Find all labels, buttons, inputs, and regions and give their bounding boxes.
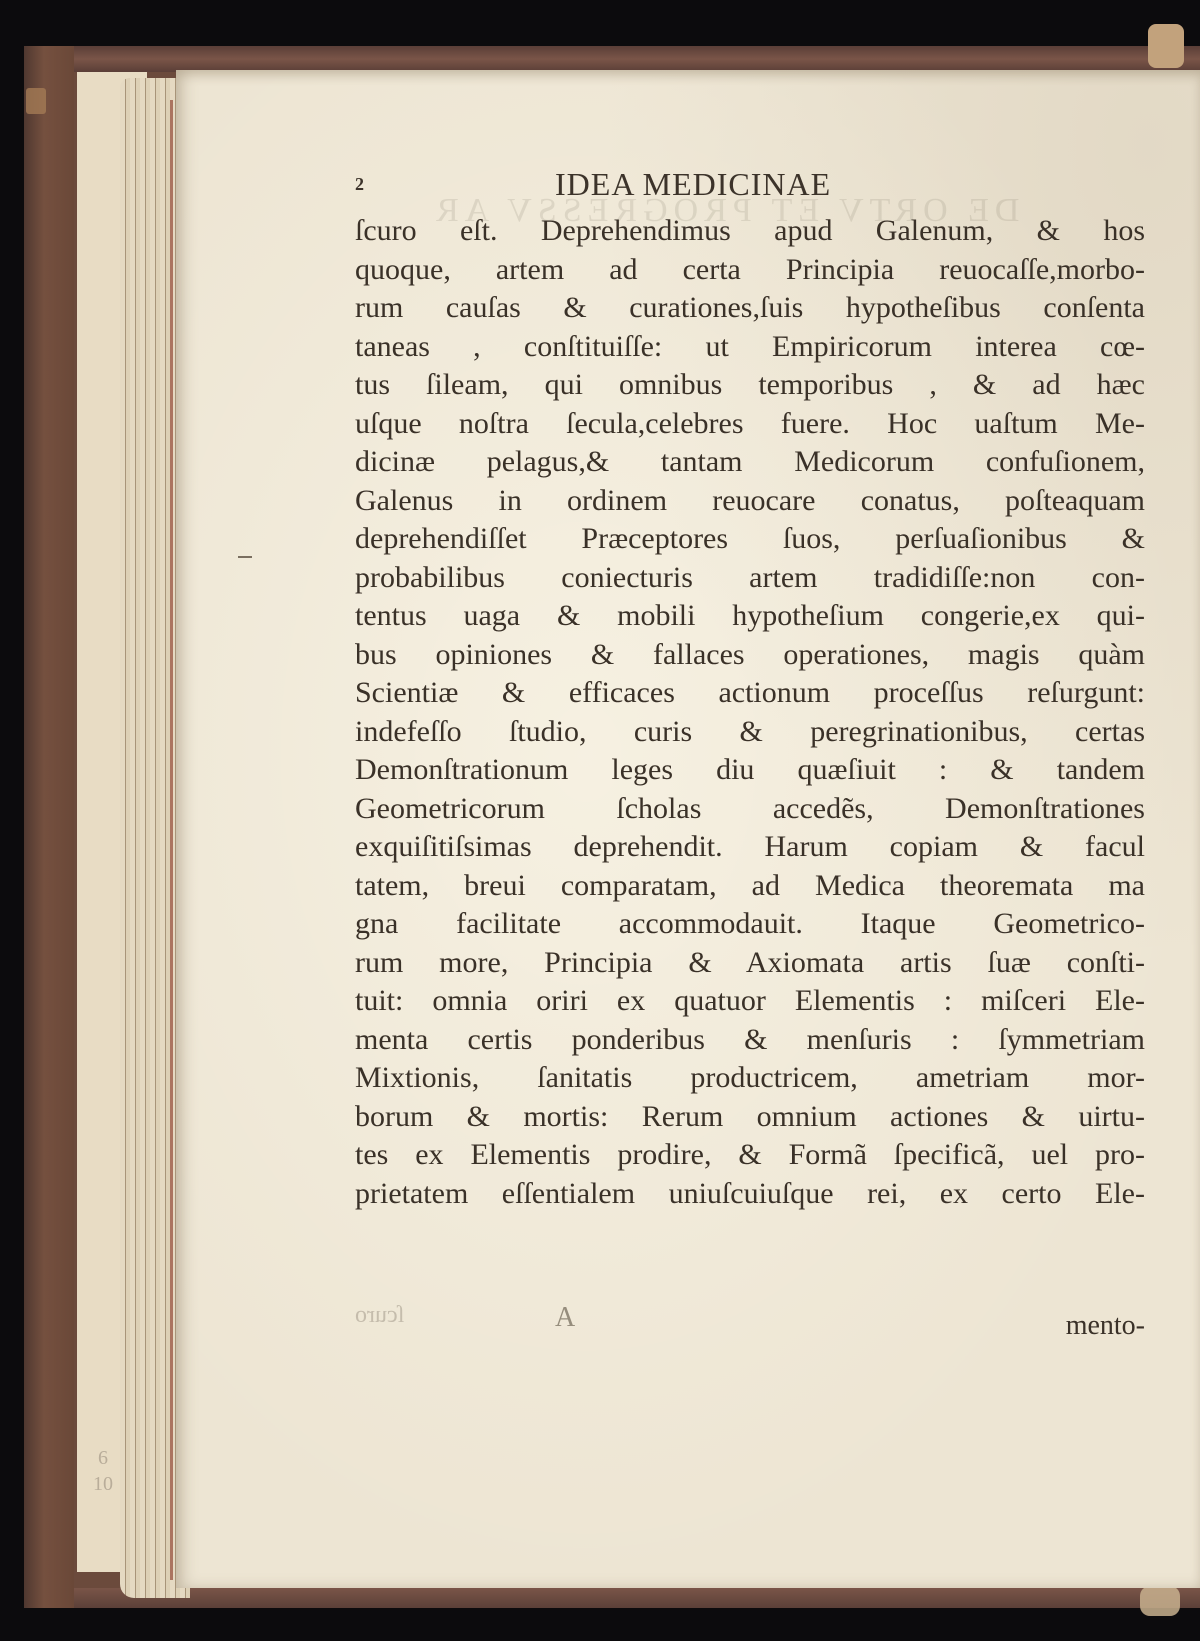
margin-mark	[238, 556, 252, 558]
binding-spine-edge	[24, 46, 74, 1608]
text-line: Scientiæ & efficaces actionum proceſſus …	[355, 674, 1145, 713]
text-line: tatem, breui comparatam, ad Medica theor…	[355, 867, 1145, 906]
text-line: Galenus in ordinem reuocare conatus, poſ…	[355, 482, 1145, 521]
binding-bottom-edge	[24, 1588, 1200, 1608]
text-line: tentus uaga & mobili hypotheſium congeri…	[355, 597, 1145, 636]
text-line: Mixtionis, ſanitatis productricem, ametr…	[355, 1059, 1145, 1098]
text-line: indefeſſo ſtudio, curis & peregrinationi…	[355, 713, 1145, 752]
text-line: rum cauſas & curationes,ſuis hypotheſibu…	[355, 289, 1145, 328]
text-line: tuit: omnia oriri ex quatuor Elementis :…	[355, 982, 1145, 1021]
text-line: uſque noſtra ſecula,celebres fuere. Hoc …	[355, 405, 1145, 444]
text-line: tus ſileam, qui omnibus temporibus , & a…	[355, 366, 1145, 405]
text-line: tes ex Elementis prodire, & Formã ſpecif…	[355, 1136, 1145, 1175]
page-footer: ſcuro A mento-	[355, 1302, 1145, 1342]
text-line: Demonſtrationum leges diu quæſiuit : & t…	[355, 751, 1145, 790]
text-line: ſcuro eſt. Deprehendimus apud Galenum, &…	[355, 212, 1145, 251]
book-photograph: 6 10 DE ORTV ET PROGRESSV AR 2 IDEA MEDI…	[0, 0, 1200, 1641]
body-text: ſcuro eſt. Deprehendimus apud Galenum, &…	[355, 212, 1145, 1213]
text-line: taneas , conſtituiſſe: ut Empiricorum in…	[355, 328, 1145, 367]
signature-mark: A	[555, 1302, 575, 1334]
binding-top-edge	[24, 46, 1200, 72]
corner-wear	[26, 88, 46, 114]
show-through-footer: ſcuro	[355, 1302, 404, 1329]
text-line: exquiſitiſsimas deprehendit. Harum copia…	[355, 828, 1145, 867]
corner-wear	[1148, 24, 1184, 68]
text-line: probabilibus coniecturis artem tradidiſſ…	[355, 559, 1145, 598]
text-line: deprehendiſſet Præceptores ſuos, perſuaſ…	[355, 520, 1145, 559]
text-line: bus opiniones & fallaces operationes, ma…	[355, 636, 1145, 675]
text-line: quoque, artem ad certa Principia reuocaſ…	[355, 251, 1145, 290]
text-line: borum & mortis: Rerum omnium actiones & …	[355, 1098, 1145, 1137]
text-line: prietatem eſſentialem uniuſcuiuſque rei,…	[355, 1175, 1145, 1214]
text-line: dicinæ pelagus,& tantam Medicorum confuſ…	[355, 443, 1145, 482]
pencil-note: 6 10	[88, 1445, 118, 1497]
running-head: 2 IDEA MEDICINAE	[355, 166, 1135, 206]
text-line: Geometricorum ſcholas accedẽs, Demonſtra…	[355, 790, 1145, 829]
text-line: rum more, Principia & Axiomata artis ſuæ…	[355, 944, 1145, 983]
red-page-edge	[170, 100, 173, 1580]
text-line: gna facilitate accommodauit. Itaque Geom…	[355, 905, 1145, 944]
page-number: 2	[355, 174, 364, 195]
catchword: mento-	[1066, 1310, 1145, 1342]
text-line: menta certis ponderibus & menſuris : ſym…	[355, 1021, 1145, 1060]
running-title: IDEA MEDICINAE	[555, 166, 831, 203]
corner-wear	[1140, 1586, 1180, 1616]
